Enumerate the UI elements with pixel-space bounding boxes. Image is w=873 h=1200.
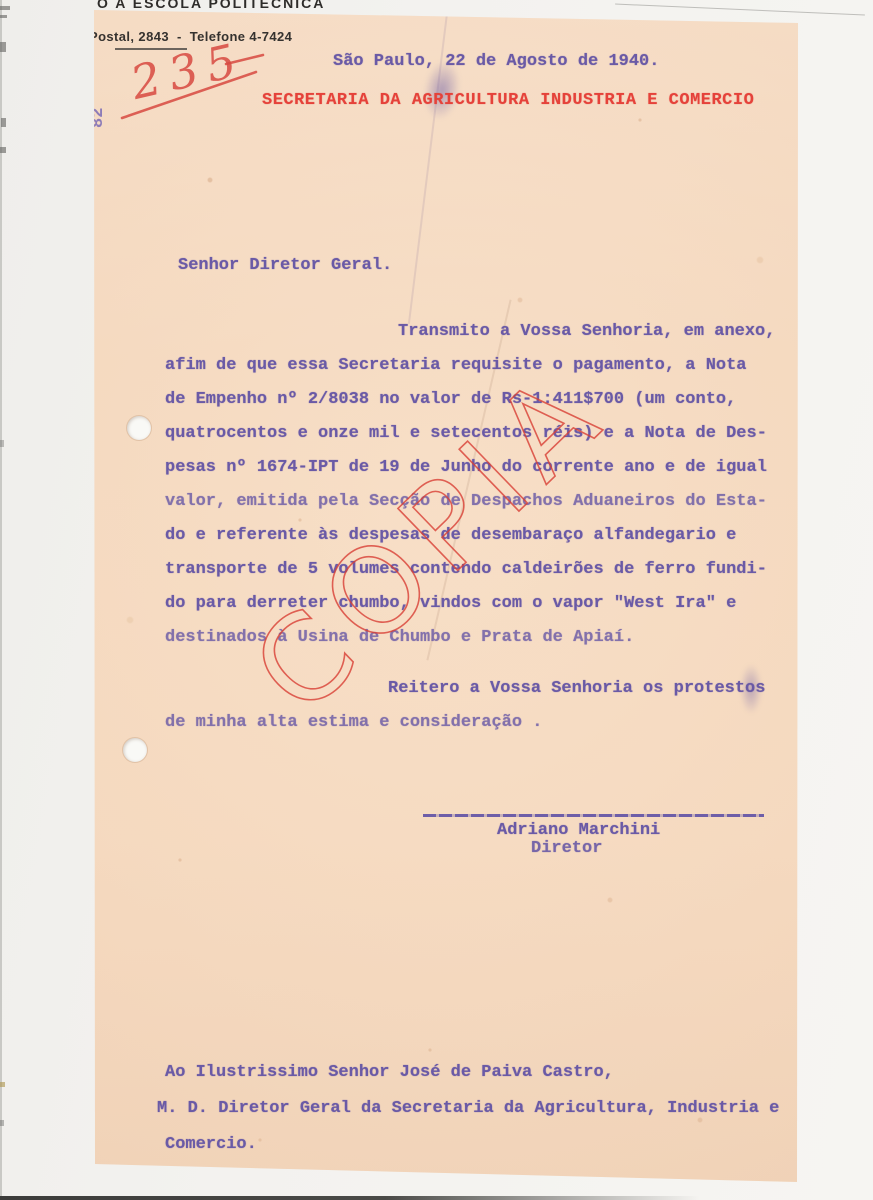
letterhead-school-name: O A ESCOLA POLITÉCNICA bbox=[97, 0, 325, 11]
body-line: quatrocentos e onze mil e setecentos réi… bbox=[165, 417, 775, 451]
scanner-edge-artifact bbox=[0, 147, 6, 153]
salutation: Senhor Diretor Geral. bbox=[178, 256, 392, 275]
recipient-line: Comercio. bbox=[165, 1135, 257, 1154]
body-line: destinados à Usina de Chumbo e Prata de … bbox=[165, 621, 775, 655]
body-line: valor, emitida pela Secção de Despachos … bbox=[165, 485, 775, 519]
scanner-edge-artifact bbox=[0, 1082, 5, 1087]
letter-closing-paragraph: Reitero a Vossa Senhoria os protestos de… bbox=[165, 672, 765, 740]
closing-line: Reitero a Vossa Senhoria os protestos bbox=[165, 672, 765, 706]
scanner-hairline-artifact bbox=[615, 4, 865, 16]
scanner-edge-artifact bbox=[0, 440, 4, 447]
punch-hole bbox=[127, 416, 151, 440]
paper-crease bbox=[408, 0, 450, 324]
recipient-line: M. D. Diretor Geral da Secretaria da Agr… bbox=[157, 1099, 779, 1118]
scanner-edge-artifact bbox=[0, 6, 10, 10]
signature-title: Diretor bbox=[531, 839, 602, 858]
date-line: São Paulo, 22 de Agosto de 1940. bbox=[333, 52, 659, 71]
body-line: afim de que essa Secretaria requisite o … bbox=[165, 349, 775, 383]
recipient-line: Ao Ilustrissimo Senhor José de Paiva Cas… bbox=[165, 1063, 614, 1082]
body-line: de Empenho nº 2/8038 no valor de Rs-1:41… bbox=[165, 383, 775, 417]
scanner-edge-line bbox=[0, 0, 2, 1200]
paper-sheet: Postal, 2843 - Telefone 4-7424 82 São Pa… bbox=[0, 0, 873, 1200]
signature-name: Adriano Marchini bbox=[497, 821, 660, 840]
scanner-edge-artifact bbox=[0, 1120, 4, 1126]
ink-smudge bbox=[740, 664, 762, 714]
scanner-edge-artifact bbox=[1, 118, 6, 127]
body-line: transporte de 5 volumes contendo caldeir… bbox=[165, 553, 775, 587]
body-line: do para derreter chumbo, vindos com o va… bbox=[165, 587, 775, 621]
secretaria-stamp: SECRETARIA DA AGRICULTURA INDUSTRIA E CO… bbox=[262, 91, 754, 110]
scanned-letter-page: O A ESCOLA POLITÉCNICA Postal, 2843 - Te… bbox=[0, 0, 873, 1200]
body-line: pesas nº 1674-IPT de 19 de Junho do corr… bbox=[165, 451, 775, 485]
scanner-edge-artifact bbox=[0, 15, 7, 18]
scanner-bottom-shadow bbox=[0, 1196, 700, 1200]
punch-hole bbox=[123, 738, 147, 762]
letter-paragraph-1: Transmito a Vossa Senhoria, em anexo, af… bbox=[165, 315, 775, 655]
body-line: do e referente às despesas de desembaraç… bbox=[165, 519, 775, 553]
closing-line: de minha alta estima e consideração . bbox=[165, 706, 765, 740]
signature-rule bbox=[423, 814, 764, 817]
side-page-number-stamp: 82 bbox=[89, 108, 108, 128]
scanner-edge-artifact bbox=[0, 42, 6, 52]
body-line: Transmito a Vossa Senhoria, em anexo, bbox=[165, 315, 775, 349]
